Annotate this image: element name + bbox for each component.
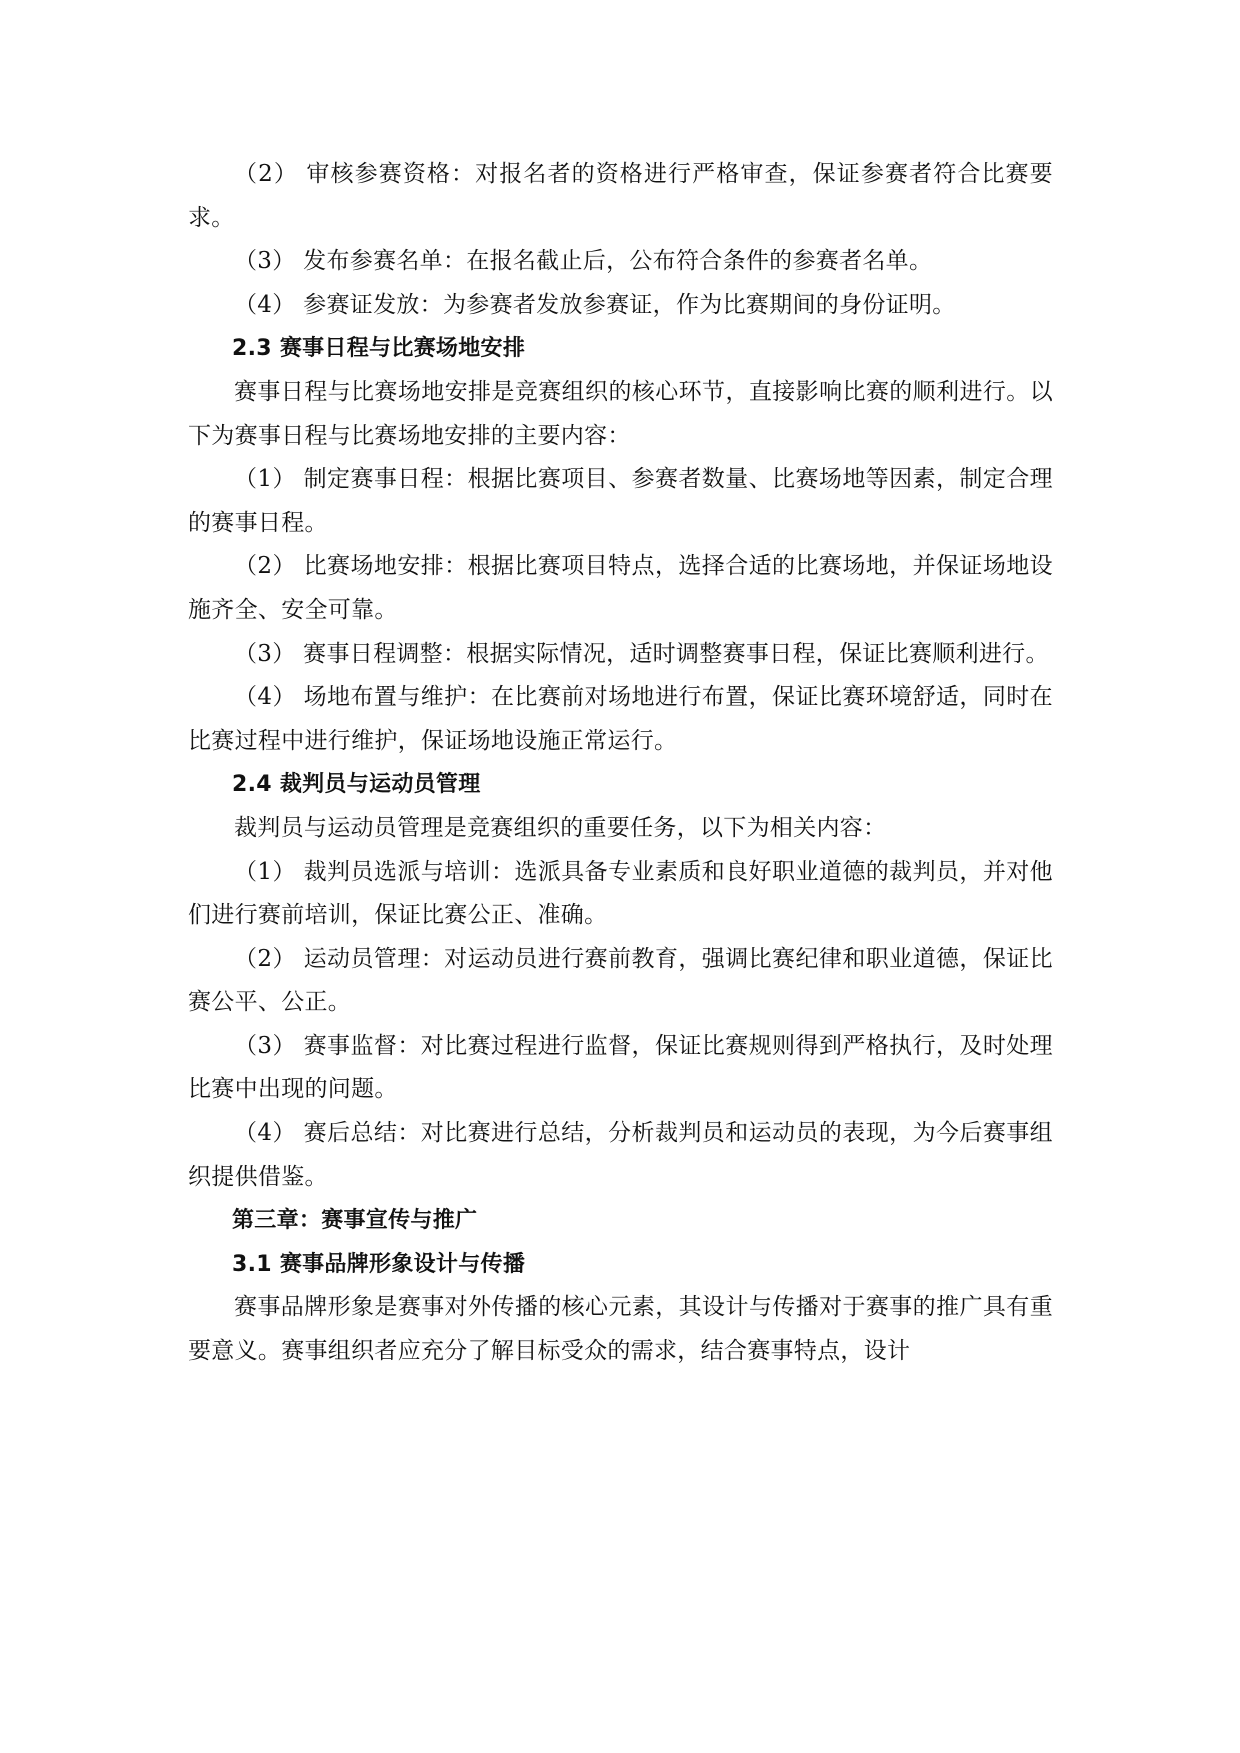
item-text: 制定赛事日程：根据比赛项目、参赛者数量、比赛场地等因素，制定合理的赛事日程。 bbox=[188, 466, 1053, 536]
item-number: （1） bbox=[234, 859, 296, 885]
list-item-3-publish-list: （3） 发布参赛名单：在报名截止后，公布符合条件的参赛者名单。 bbox=[188, 240, 1053, 284]
item-text: 赛后总结：对比赛进行总结，分析裁判员和运动员的表现，为今后赛事组织提供借鉴。 bbox=[188, 1120, 1053, 1190]
paragraph-3-1-intro: 赛事品牌形象是赛事对外传播的核心元素，其设计与传播对于赛事的推广具有重要意义。赛… bbox=[188, 1286, 1053, 1373]
item-text: 赛事监督：对比赛过程进行监督，保证比赛规则得到严格执行，及时处理比赛中出现的问题… bbox=[188, 1033, 1053, 1103]
document-page: （2） 审核参赛资格：对报名者的资格进行严格审查，保证参赛者符合比赛要求。 （3… bbox=[188, 153, 1053, 1374]
item-text: 裁判员选派与培训：选派具备专业素质和良好职业道德的裁判员，并对他们进行赛前培训，… bbox=[188, 859, 1053, 929]
paragraph-2-4-intro: 裁判员与运动员管理是竞赛组织的重要任务，以下为相关内容： bbox=[188, 807, 1053, 851]
item-number: （3） bbox=[234, 641, 296, 667]
item-number: （2） bbox=[234, 946, 296, 972]
item-number: （3） bbox=[234, 1033, 296, 1059]
item-number: （4） bbox=[234, 292, 296, 318]
chapter-heading-3: 第三章：赛事宣传与推广 bbox=[188, 1199, 1053, 1243]
list-item-1-referee: （1） 裁判员选派与培训：选派具备专业素质和良好职业道德的裁判员，并对他们进行赛… bbox=[188, 851, 1053, 938]
item-text: 运动员管理：对运动员进行赛前教育，强调比赛纪律和职业道德，保证比赛公平、公正。 bbox=[188, 946, 1053, 1016]
list-item-2-venue: （2） 比赛场地安排：根据比赛项目特点，选择合适的比赛场地，并保证场地设施齐全、… bbox=[188, 545, 1053, 632]
item-number: （4） bbox=[234, 1120, 296, 1146]
item-text: 审核参赛资格：对报名者的资格进行严格审查，保证参赛者符合比赛要求。 bbox=[188, 161, 1053, 231]
item-text: 场地布置与维护：在比赛前对场地进行布置，保证比赛环境舒适，同时在比赛过程中进行维… bbox=[188, 684, 1053, 754]
list-item-2-qualification: （2） 审核参赛资格：对报名者的资格进行严格审查，保证参赛者符合比赛要求。 bbox=[188, 153, 1053, 240]
item-text: 比赛场地安排：根据比赛项目特点，选择合适的比赛场地，并保证场地设施齐全、安全可靠… bbox=[188, 553, 1053, 623]
list-item-4-layout: （4） 场地布置与维护：在比赛前对场地进行布置，保证比赛环境舒适，同时在比赛过程… bbox=[188, 676, 1053, 763]
list-item-4-badge: （4） 参赛证发放：为参赛者发放参赛证，作为比赛期间的身份证明。 bbox=[188, 284, 1053, 328]
list-item-3-adjust: （3） 赛事日程调整：根据实际情况，适时调整赛事日程，保证比赛顺利进行。 bbox=[188, 633, 1053, 677]
item-number: （1） bbox=[234, 466, 296, 492]
list-item-4-summary: （4） 赛后总结：对比赛进行总结，分析裁判员和运动员的表现，为今后赛事组织提供借… bbox=[188, 1112, 1053, 1199]
item-number: （3） bbox=[234, 248, 296, 274]
item-text: 参赛证发放：为参赛者发放参赛证，作为比赛期间的身份证明。 bbox=[303, 292, 955, 318]
item-number: （2） bbox=[234, 553, 296, 579]
section-heading-2-3: 2.3 赛事日程与比赛场地安排 bbox=[188, 327, 1053, 371]
section-heading-2-4: 2.4 裁判员与运动员管理 bbox=[188, 763, 1053, 807]
item-text: 发布参赛名单：在报名截止后，公布符合条件的参赛者名单。 bbox=[303, 248, 932, 274]
list-item-2-athlete: （2） 运动员管理：对运动员进行赛前教育，强调比赛纪律和职业道德，保证比赛公平、… bbox=[188, 938, 1053, 1025]
list-item-1-schedule: （1） 制定赛事日程：根据比赛项目、参赛者数量、比赛场地等因素，制定合理的赛事日… bbox=[188, 458, 1053, 545]
list-item-3-supervision: （3） 赛事监督：对比赛过程进行监督，保证比赛规则得到严格执行，及时处理比赛中出… bbox=[188, 1025, 1053, 1112]
paragraph-2-3-intro: 赛事日程与比赛场地安排是竞赛组织的核心环节，直接影响比赛的顺利进行。以下为赛事日… bbox=[188, 371, 1053, 458]
item-text: 赛事日程调整：根据实际情况，适时调整赛事日程，保证比赛顺利进行。 bbox=[303, 641, 1049, 667]
item-number: （4） bbox=[234, 684, 296, 710]
section-heading-3-1: 3.1 赛事品牌形象设计与传播 bbox=[188, 1243, 1053, 1287]
item-number: （2） bbox=[234, 161, 298, 187]
